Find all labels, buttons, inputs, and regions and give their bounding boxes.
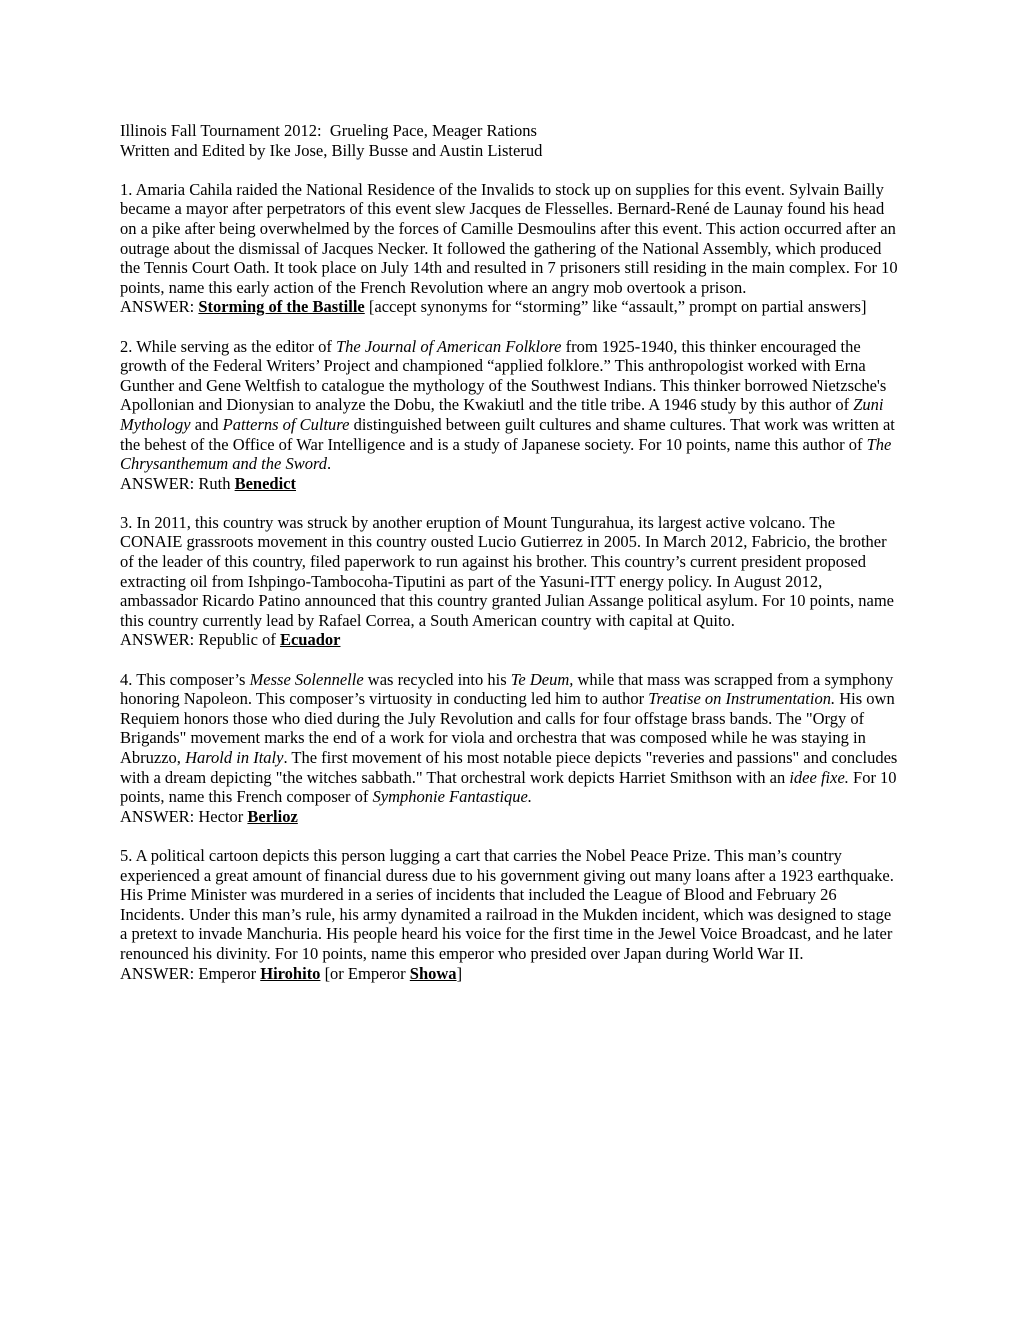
header-line-1: Illinois Fall Tournament 2012: Grueling …: [120, 121, 900, 141]
question-block-3: 3. In 2011, this country was struck by a…: [120, 513, 900, 650]
question-5-text: 5. A political cartoon depicts this pers…: [120, 846, 900, 964]
italic-text: Messe Solennelle: [250, 670, 364, 689]
italic-text: Te Deum,: [511, 670, 574, 689]
italic-text: Symphonie Fantastique.: [373, 787, 532, 806]
document-page: Illinois Fall Tournament 2012: Grueling …: [0, 0, 1020, 1320]
answer-keyword: Benedict: [235, 474, 296, 493]
answer-keyword: Showa: [410, 964, 457, 983]
question-2-text: 2. While serving as the editor of The Jo…: [120, 337, 900, 474]
italic-text: The Journal of American Folklore: [336, 337, 561, 356]
question-block-4: 4. This composer’s Messe Solennelle was …: [120, 670, 900, 827]
header-line-2: Written and Edited by Ike Jose, Billy Bu…: [120, 141, 900, 161]
answer-1-text: ANSWER: Storming of the Bastille [accept…: [120, 297, 900, 317]
question-3-text: 3. In 2011, this country was struck by a…: [120, 513, 900, 631]
answer-5-text: ANSWER: Emperor Hirohito [or Emperor Sho…: [120, 964, 900, 984]
italic-text: Patterns of Culture: [223, 415, 350, 434]
question-block-5: 5. A political cartoon depicts this pers…: [120, 846, 900, 983]
question-block-1: 1. Amaria Cahila raided the National Res…: [120, 180, 900, 317]
question-block-2: 2. While serving as the editor of The Jo…: [120, 337, 900, 494]
answer-2-text: ANSWER: Ruth Benedict: [120, 474, 900, 494]
question-1-text: 1. Amaria Cahila raided the National Res…: [120, 180, 900, 298]
answer-3-text: ANSWER: Republic of Ecuador: [120, 630, 900, 650]
italic-text: Harold in Italy: [185, 748, 283, 767]
question-4-text: 4. This composer’s Messe Solennelle was …: [120, 670, 900, 807]
italic-text: Treatise on Instrumentation.: [648, 689, 835, 708]
answer-keyword: Storming of the Bastille: [198, 297, 364, 316]
italic-text: idee fixe.: [789, 768, 849, 787]
answer-keyword: Ecuador: [280, 630, 341, 649]
italic-text: The Chrysanthemum and the Sword: [120, 435, 896, 474]
answer-keyword: Berlioz: [247, 807, 297, 826]
answer-4-text: ANSWER: Hector Berlioz: [120, 807, 900, 827]
document-header: Illinois Fall Tournament 2012: Grueling …: [120, 121, 900, 160]
answer-keyword: Hirohito: [260, 964, 320, 983]
